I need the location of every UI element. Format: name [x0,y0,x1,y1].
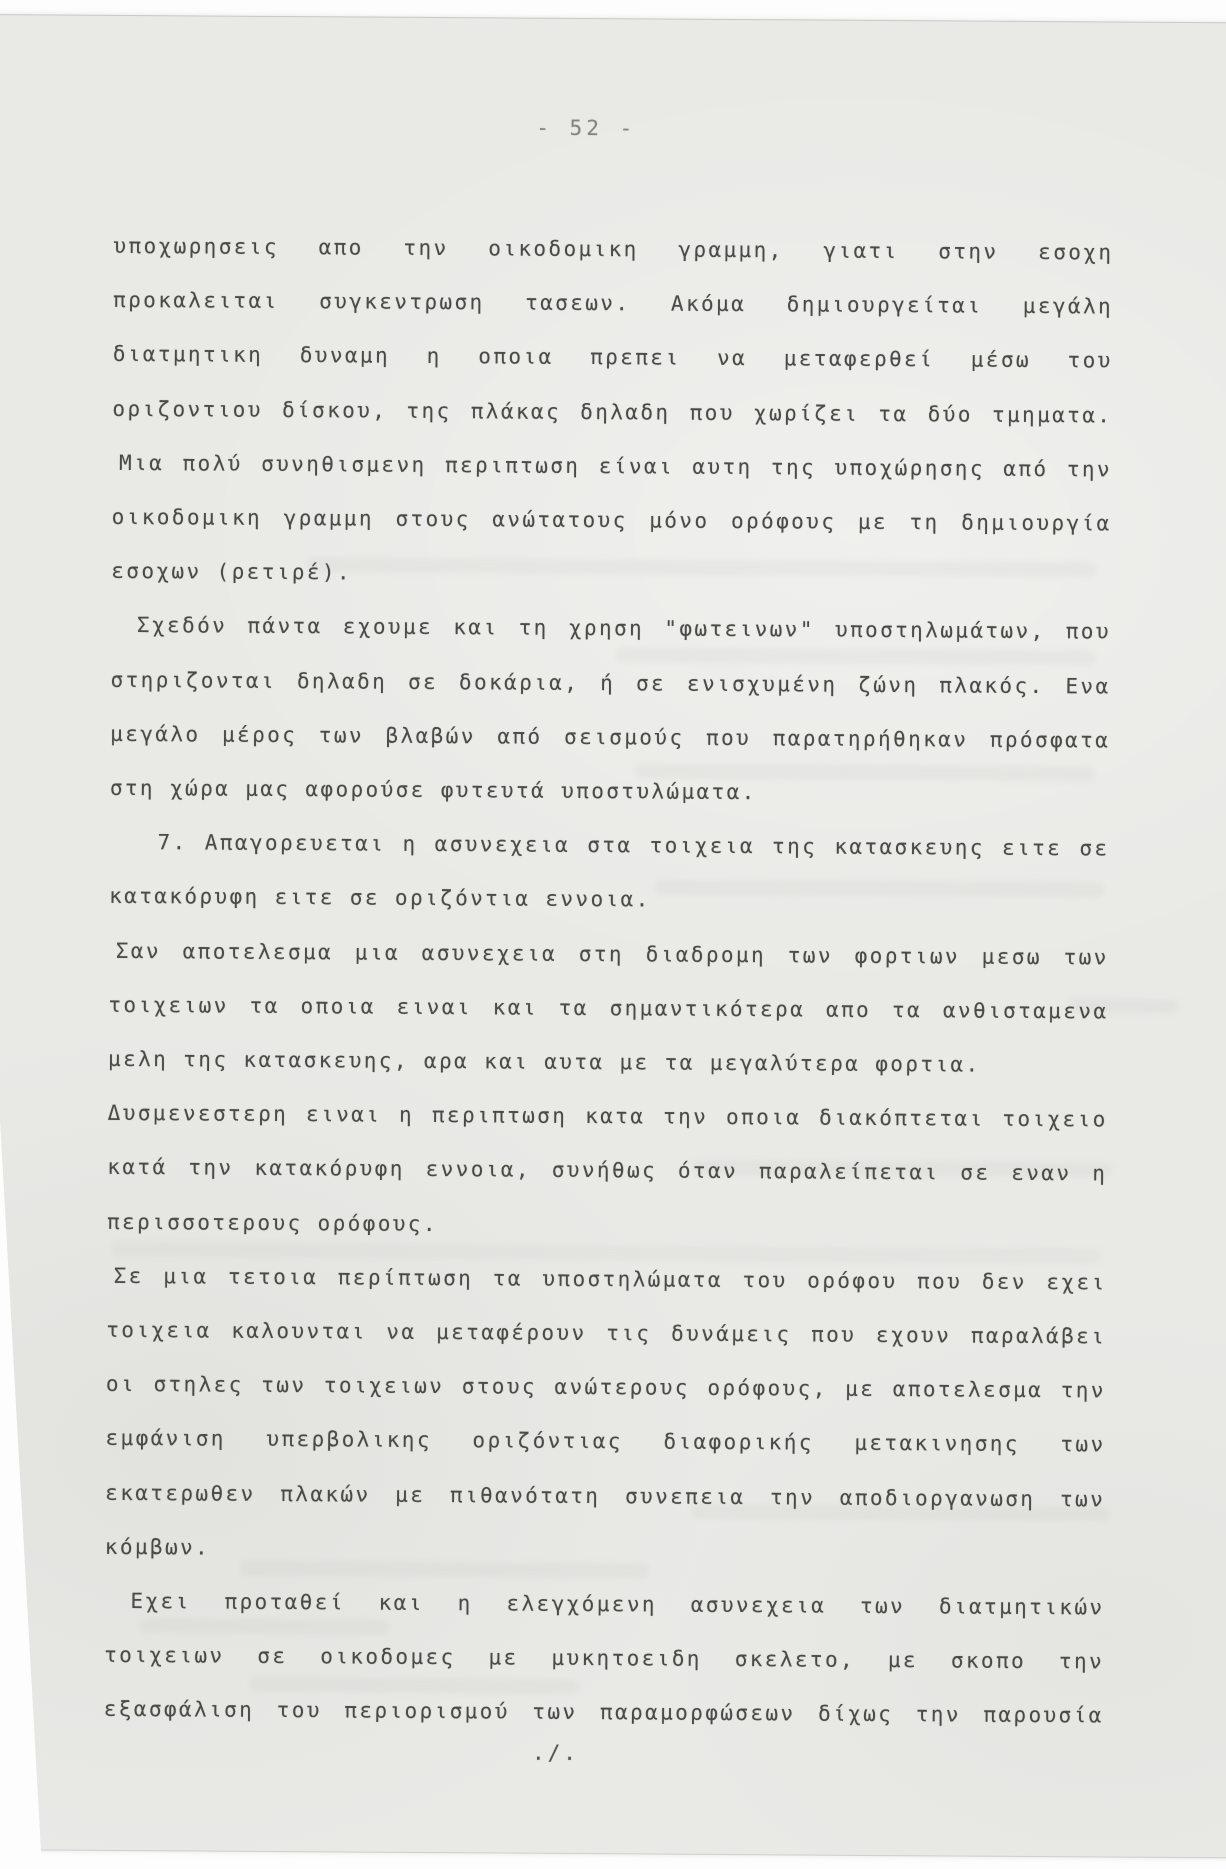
text-line: τοιχειων τα οποια ειναι και τα σημαντικό… [108,978,1108,1039]
text-line: Σαν αποτελεσμα μια ασυνεχεια στη διαδρομ… [109,924,1109,985]
text-line: περισσοτερους ορόφους. [107,1195,1107,1256]
text-line: εσοχων (ρετιρέ). [111,544,1111,605]
text-line: τοιχεια καλουνται να μεταφέρουν τις δυνά… [106,1303,1106,1364]
text-line: διατμητικη δυναμη η οποια πρεπει να μετα… [113,327,1113,388]
body-text: υποχωρησεις απο την οικοδομικη γραμμη, γ… [104,219,1114,1743]
text-line: μελη της κατασκευης, αρα και αυτα με τα … [108,1032,1108,1093]
scan-background: - 52 - υποχωρησεις απο την οικοδομικη γρ… [0,0,1226,1869]
text-line: κατακόρυφη ειτε σε οριζόντια εννοια. [109,869,1109,930]
text-line: Σχεδόν πάντα εχουμε και τη χρηση "φωτειν… [111,598,1111,659]
text-line: στη χώρα μας αφορούσε φυτευτά υποστυλώμα… [110,761,1110,822]
text-line: Μια πολύ συνηθισμενη περιπτωση είναι αυτ… [112,436,1112,497]
text-line: Σε μια τετοια περίπτωση τα υποστηλώματα … [106,1249,1106,1310]
document-page: - 52 - υποχωρησεις απο την οικοδομικη γρ… [0,14,1226,1859]
continuation-mark: ./. [55,1738,1055,1769]
text-line: υποχωρησεις απο την οικοδομικη γραμμη, γ… [113,219,1113,280]
text-line: κατά την κατακόρυφη εννοια, συνήθως όταν… [107,1140,1107,1201]
text-line: προκαλειται συγκεντρωση τασεων. Ακόμα δη… [113,273,1113,334]
text-line: Δυσμενεστερη ειναι η περιπτωση κατα την … [108,1086,1108,1147]
text-line: μεγάλο μέρος των βλαβών από σεισμούς που… [110,707,1110,768]
text-line: εκατερωθεν πλακών με πιθανότατη συνεπεια… [105,1466,1105,1527]
text-line: στηριζονται δηλαδη σε δοκάρια, ή σε ενισ… [110,653,1110,714]
text-line: 7. Απαγορευεται η ασυνεχεια στα τοιχεια … [109,815,1109,876]
text-line: οικοδομικη γραμμη στους ανώτατους μόνο ο… [111,490,1111,551]
text-line: Εχει προταθεί και η ελεγχόμενη ασυνεχεια… [104,1574,1104,1635]
text-line: τοιχειων σε οικοδομες με μυκητοειδη σκελ… [104,1628,1104,1689]
text-line: κόμβων. [105,1520,1105,1581]
page-number: - 52 - [86,113,1086,144]
text-line: οι στηλες των τοιχειων στους ανώτερους ο… [106,1357,1106,1418]
text-line: εξασφάλιση του περιορισμού των παραμορφώ… [104,1682,1104,1743]
text-line: οριζοντιου δίσκου, της πλάκας δηλαδη που… [112,381,1112,442]
text-line: εμφάνιση υπερβολικης οριζόντιας διαφορικ… [105,1411,1105,1472]
